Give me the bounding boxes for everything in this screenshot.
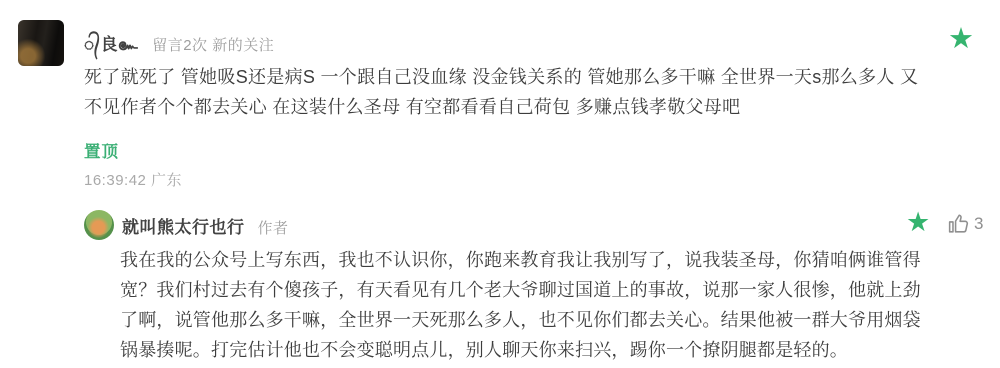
comment-timestamp: 16:39:42 广东 — [84, 169, 182, 190]
comments-page: ᭄良๛ 留言2次 新的关注 死了就死了 管她吸S还是病S 一个跟自己没血缘 没金… — [0, 0, 1000, 368]
reply-text-line: 我在我的公众号上写东西，我也不认识你，你跑来教育我让我别写了，说我装圣母，你猜咱… — [120, 245, 940, 275]
comment-text-line: 不见作者个个都去关心 在这装什么圣母 有空都看看自己荷包 多赚点钱孝敬父母吧 — [84, 92, 974, 122]
featured-star-icon[interactable]: ★ — [906, 209, 930, 236]
reply-header: 就叫熊太行也行 作者 — [122, 213, 289, 238]
reply-text-line: 了啊，说管他那么多干嘛，全世界一天死那么多人，也不见你们都去关心。结果他被一群大… — [120, 305, 940, 335]
like-count: 3 — [974, 214, 983, 234]
reply-text-line: 锅暴揍呢。打完估计他也不会变聪明点儿，别人聊天你来扫兴，踢你一个撩阴腿都是轻的。 — [120, 335, 940, 365]
author-badge: 作者 — [258, 217, 289, 238]
author-avatar[interactable] — [84, 210, 114, 240]
featured-star-icon[interactable]: ★ — [948, 25, 974, 54]
commenter-meta: 留言2次 新的关注 — [152, 34, 274, 55]
like-button[interactable]: 3 — [946, 211, 983, 236]
pinned-badge: 置顶 — [84, 138, 119, 162]
comment-text-line: 死了就死了 管她吸S还是病S 一个跟自己没血缘 没金钱关系的 管她那么多干嘛 全… — [84, 62, 974, 92]
thumbs-up-icon — [946, 211, 971, 236]
comment-header: ᭄良๛ 留言2次 新的关注 — [84, 30, 274, 63]
comment-body: 死了就死了 管她吸S还是病S 一个跟自己没血缘 没金钱关系的 管她那么多干嘛 全… — [84, 62, 974, 122]
reply-body: 我在我的公众号上写东西，我也不认识你，你跑来教育我让我别写了，说我装圣母，你猜咱… — [120, 245, 940, 365]
author-username: 就叫熊太行也行 — [122, 213, 245, 238]
commenter-avatar[interactable] — [18, 20, 64, 66]
reply-text-line: 宽？我们村过去有个傻孩子，有天看见有几个老大爷聊过国道上的事故，说那一家人很惨，… — [120, 275, 940, 305]
commenter-username: ᭄良๛ — [84, 30, 138, 63]
